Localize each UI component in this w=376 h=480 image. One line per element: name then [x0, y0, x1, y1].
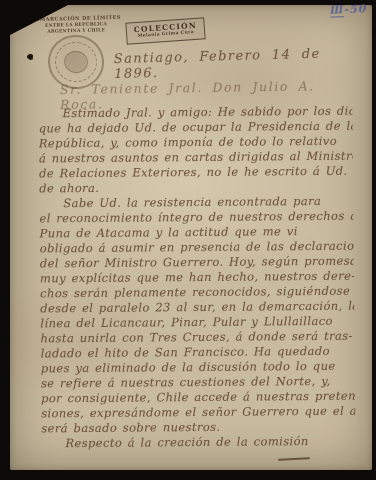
letter-body: Estimado Jral. y amigo: He sabido por lo… [39, 104, 356, 452]
archival-number-suffix: -50 [344, 2, 367, 16]
dateline: Santiago, Febrero 14 de 1896. [114, 46, 345, 82]
document-scan: DEMARCACIÓN DE LÍMITES ENTRE LA REPÚBLIC… [0, 0, 376, 480]
archival-number-roman: Ⅲ [330, 3, 345, 17]
underline-flourish [278, 457, 310, 461]
body-line: Respecto á la creación de la comisión [41, 434, 355, 452]
archival-number: Ⅲ-50 [330, 2, 368, 16]
collection-stamp: COLECCIÓN Melania Grima Cura [125, 17, 205, 44]
body-line: de Relaciones Exteriores, no le he escri… [39, 164, 353, 182]
body-line: siones, expresándome el señor Guerrero q… [41, 404, 355, 422]
ink-blot [27, 54, 33, 59]
body-line: el reconocimiento íntegro de nuestros de… [39, 209, 353, 227]
paper-sheet: DEMARCACIÓN DE LÍMITES ENTRE LA REPÚBLIC… [10, 5, 372, 470]
letterhead: DEMARCACIÓN DE LÍMITES ENTRE LA REPÚBLIC… [30, 15, 122, 36]
